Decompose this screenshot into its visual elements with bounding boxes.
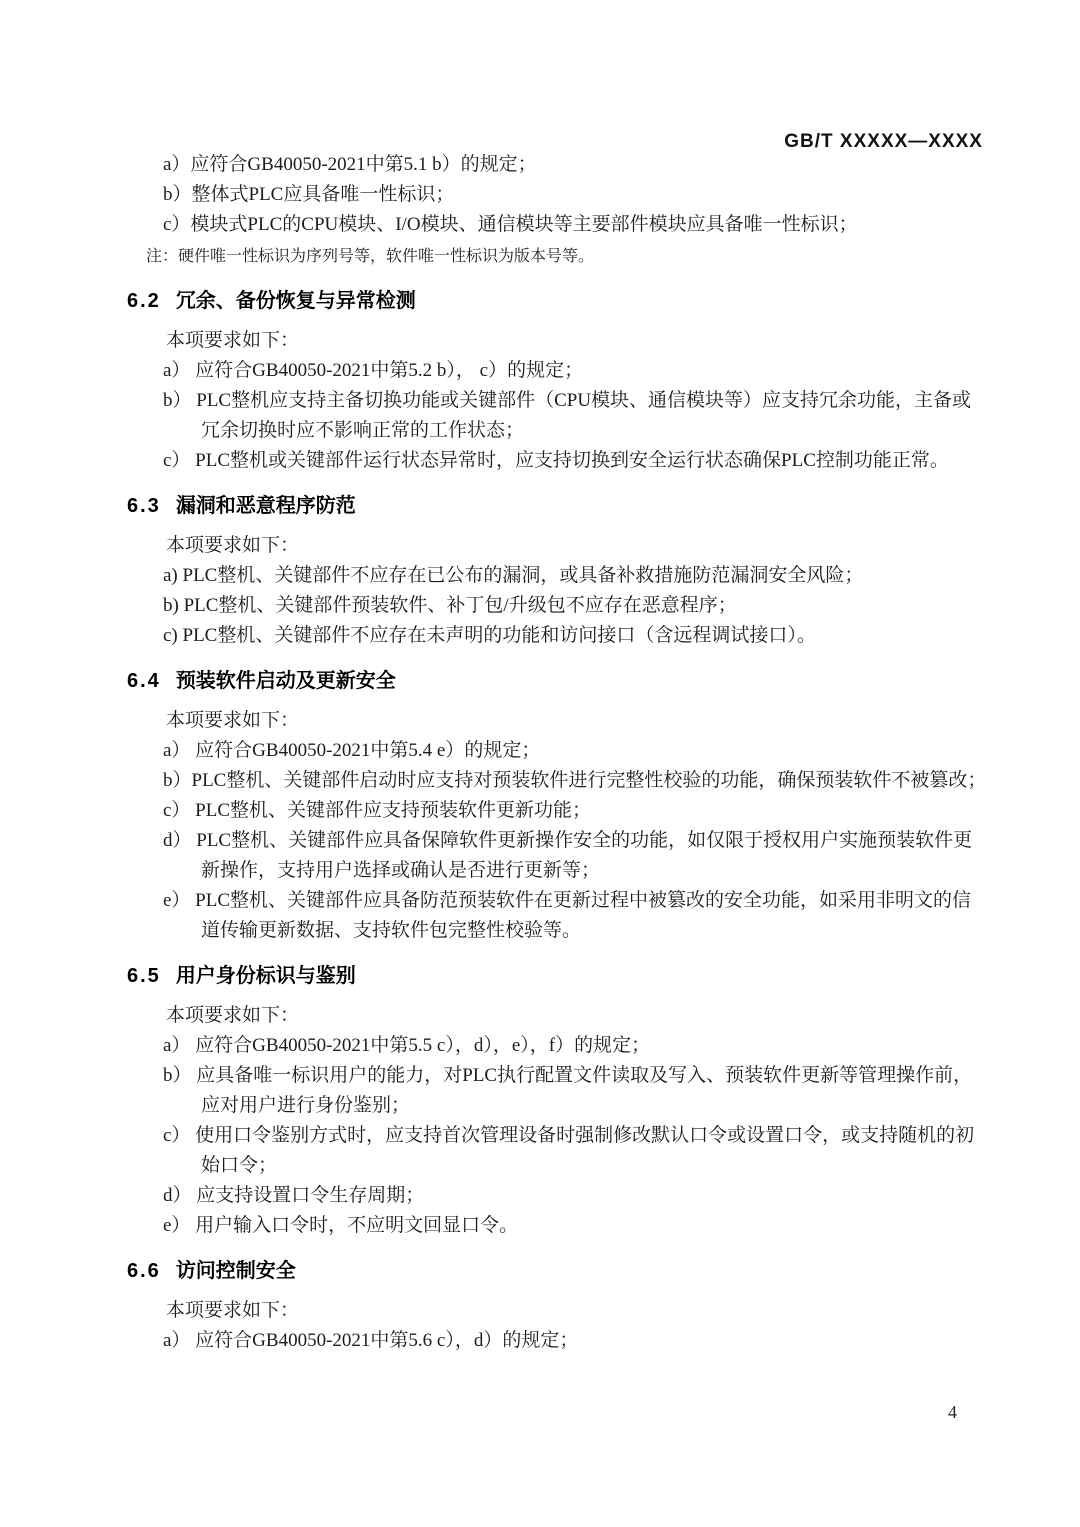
- list-item: d） PLC整机、关键部件应具备保障软件更新操作安全的功能，如仅限于授权用户实施…: [163, 826, 989, 886]
- requirements-intro: 本项要求如下：: [166, 1001, 989, 1031]
- heading-number: 6.5: [127, 965, 161, 987]
- page-number: 4: [948, 1399, 957, 1425]
- heading-title: 用户身份标识与鉴别: [176, 965, 356, 987]
- list-item: e） 用户输入口令时，不应明文回显口令。: [163, 1211, 989, 1241]
- list-item: c） PLC整机、关键部件应支持预装软件更新功能；: [163, 796, 989, 826]
- list-item: b） 应具备唯一标识用户的能力，对PLC执行配置文件读取及写入、预装软件更新等管…: [163, 1061, 989, 1121]
- list-item: b）PLC整机、关键部件启动时应支持对预装软件进行完整性校验的功能，确保预装软件…: [163, 766, 989, 796]
- list-item: b）整体式PLC应具备唯一性标识；: [163, 180, 989, 210]
- list-item: b) PLC整机、关键部件预装软件、补丁包/升级包不应存在恶意程序；: [163, 591, 989, 621]
- heading-title: 预装软件启动及更新安全: [176, 670, 396, 692]
- document-page: GB/T XXXXX—XXXX a）应符合GB40050-2021中第5.1 b…: [0, 0, 1080, 1527]
- list-item: e） PLC整机、关键部件应具备防范预装软件在更新过程中被篡改的安全功能，如采用…: [163, 886, 989, 946]
- heading-number: 6.4: [127, 670, 161, 692]
- list-item: a）应符合GB40050-2021中第5.1 b）的规定；: [163, 150, 989, 180]
- requirements-intro: 本项要求如下：: [166, 326, 989, 356]
- clause-list-continuation: a）应符合GB40050-2021中第5.1 b）的规定； b）整体式PLC应具…: [127, 150, 989, 271]
- clause-list: a) PLC整机、关键部件不应存在已公布的漏洞，或具备补救措施防范漏洞安全风险；…: [127, 561, 989, 651]
- list-item: a） 应符合GB40050-2021中第5.5 c），d），e），f）的规定；: [163, 1031, 989, 1061]
- list-item: c） PLC整机或关键部件运行状态异常时，应支持切换到安全运行状态确保PLC控制…: [163, 446, 989, 476]
- heading-title: 冗余、备份恢复与异常检测: [176, 290, 416, 312]
- requirements-intro: 本项要求如下：: [166, 1296, 989, 1326]
- list-item: c) PLC整机、关键部件不应存在未声明的功能和访问接口（含远程调试接口）。: [163, 621, 989, 651]
- heading-number: 6.6: [127, 1260, 161, 1282]
- section-heading: 6.5用户身份标识与鉴别: [127, 962, 989, 990]
- clause-list: a） 应符合GB40050-2021中第5.4 e）的规定； b）PLC整机、关…: [127, 736, 989, 946]
- section-6-2: 6.2冗余、备份恢复与异常检测 本项要求如下： a） 应符合GB40050-20…: [127, 287, 989, 476]
- section-heading: 6.6访问控制安全: [127, 1257, 989, 1285]
- requirements-intro: 本项要求如下：: [166, 706, 989, 736]
- list-item: c）模块式PLC的CPU模块、I/O模块、通信模块等主要部件模块应具备唯一性标识…: [163, 210, 989, 240]
- section-6-6: 6.6访问控制安全 本项要求如下： a） 应符合GB40050-2021中第5.…: [127, 1257, 989, 1356]
- note-text: 注：硬件唯一性标识为序列号等，软件唯一性标识为版本号等。: [146, 242, 989, 271]
- heading-number: 6.3: [127, 495, 161, 517]
- section-6-5: 6.5用户身份标识与鉴别 本项要求如下： a） 应符合GB40050-2021中…: [127, 962, 989, 1241]
- section-6-4: 6.4预装软件启动及更新安全 本项要求如下： a） 应符合GB40050-202…: [127, 667, 989, 946]
- section-6-3: 6.3漏洞和恶意程序防范 本项要求如下： a) PLC整机、关键部件不应存在已公…: [127, 492, 989, 651]
- section-heading: 6.2冗余、备份恢复与异常检测: [127, 287, 989, 315]
- clause-list: a） 应符合GB40050-2021中第5.2 b）， c）的规定； b） PL…: [127, 356, 989, 476]
- list-item: a） 应符合GB40050-2021中第5.2 b）， c）的规定；: [163, 356, 989, 386]
- list-item: a） 应符合GB40050-2021中第5.4 e）的规定；: [163, 736, 989, 766]
- list-item: c） 使用口令鉴别方式时，应支持首次管理设备时强制修改默认口令或设置口令，或支持…: [163, 1121, 989, 1181]
- document-content: a）应符合GB40050-2021中第5.1 b）的规定； b）整体式PLC应具…: [127, 150, 989, 1356]
- heading-title: 访问控制安全: [176, 1260, 296, 1282]
- section-heading: 6.3漏洞和恶意程序防范: [127, 492, 989, 520]
- heading-number: 6.2: [127, 290, 161, 312]
- heading-title: 漏洞和恶意程序防范: [176, 495, 356, 517]
- list-item: a） 应符合GB40050-2021中第5.6 c），d）的规定；: [163, 1326, 989, 1356]
- clause-list: a） 应符合GB40050-2021中第5.5 c），d），e），f）的规定； …: [127, 1031, 989, 1241]
- section-heading: 6.4预装软件启动及更新安全: [127, 667, 989, 695]
- list-item: d） 应支持设置口令生存周期；: [163, 1181, 989, 1211]
- list-item: a) PLC整机、关键部件不应存在已公布的漏洞，或具备补救措施防范漏洞安全风险；: [163, 561, 989, 591]
- list-item: b） PLC整机应支持主备切换功能或关键部件（CPU模块、通信模块等）应支持冗余…: [163, 386, 989, 446]
- clause-list: a） 应符合GB40050-2021中第5.6 c），d）的规定；: [127, 1326, 989, 1356]
- requirements-intro: 本项要求如下：: [166, 531, 989, 561]
